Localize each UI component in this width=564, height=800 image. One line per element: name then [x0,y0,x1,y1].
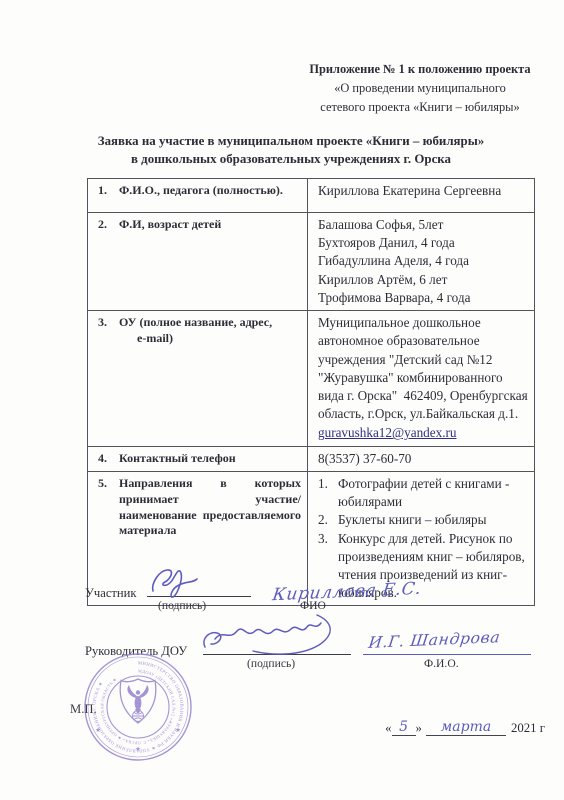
table-row-institution: 3. ОУ (полное название, адрес, e-mail) М… [88,310,534,446]
annex-header-line3: сетевого проекта «Книги – юбиляры» [294,98,546,117]
participant-signature-line [147,581,251,597]
head-signature-stroke [199,611,359,659]
row-value-cell: 8(3537) 37-60-70 [308,447,534,471]
row-value-cell: Муниципальное дошкольное автономное обра… [308,311,534,446]
list-item-text: Буклеты книги – юбиляры [338,511,487,529]
institution-text: Муниципальное дошкольное автономное обра… [318,315,528,421]
list-item: 2. Буклеты книги – юбиляры [318,511,528,529]
row-label-cell: 1. Ф.И.О., педагога (полностью). [88,179,308,212]
head-sign-caption: (подпись) [247,657,295,670]
list-item-number: 1. [318,475,331,511]
annex-header-line2: «О проведении муниципального [294,79,546,98]
row-label-cell: 4. Контактный телефон [88,447,308,471]
stamp-place-label: М.П. [70,702,97,717]
row-number: 4. [98,451,113,467]
participant-label: Участник [85,586,137,600]
stamp-emblem-bird [127,685,148,713]
svg-text:★: ★ [135,745,141,753]
list-item-text: Фотографии детей с книгами - юбилярами [338,475,528,511]
application-table: 1. Ф.И.О., педагога (полностью). Кирилло… [87,178,535,606]
row-label: Ф.И, возраст детей [119,217,221,306]
document-title-line2: в дошкольных образовательных учреждениях… [56,150,526,168]
head-name-handwritten: И.Г. Шандрова [368,628,502,652]
table-row-children: 2. Ф.И, возраст детей Балашова Софья, 5л… [88,212,534,310]
head-name-caption: Ф.И.О. [424,657,459,670]
email-link[interactable]: guravushka12@yandex.ru [318,424,457,442]
row-label-cell: 2. Ф.И, возраст детей [88,213,308,310]
document-title-line1: Заявка на участие в муниципальном проект… [56,132,526,150]
svg-text:★: ★ [95,726,101,734]
date-day-field: 5 [392,719,416,736]
document-title: Заявка на участие в муниципальном проект… [56,132,526,168]
row-label: ОУ (полное название, адрес, e-mail) [119,315,272,442]
row-label-cell: 3. ОУ (полное название, адрес, e-mail) [88,311,308,446]
list-item: 1. Фотографии детей с книгами - юбилярам… [318,475,528,511]
participant-name-handwritten: Кириллова Е.С. [271,579,423,605]
annex-header-line1: Приложение № 1 к положению проекта [294,60,546,79]
svg-text:★: ★ [175,726,181,734]
participant-signature-row: Участник Кириллова Е.С. [85,581,420,602]
row-number: 1. [98,183,113,208]
date-close-quote: » [416,721,422,736]
row-number: 3. [98,315,113,442]
stamp-emblem-shield [120,679,156,723]
row-value-cell: Кириллова Екатерина Сергеевна [308,179,534,212]
official-stamp: МИНИСТЕРСТВО ОБРАЗОВАНИЯ И НАУКИ РФ ★ УП… [81,650,195,764]
row-number: 2. [98,217,113,306]
date-month-field: марта [426,719,506,736]
date-month-handwritten: марта [441,719,492,735]
date-row: « 5 » марта 2021 г [385,719,545,736]
date-day-handwritten: 5 [399,719,408,735]
row-label: Ф.И.О., педагога (полностью). [119,183,283,208]
row-label: Контактный телефон [119,451,236,467]
list-item-number: 2. [318,511,331,529]
date-year: 2021 г [511,721,545,736]
participant-signature-stroke [149,565,219,599]
row-value-cell: Балашова Софья, 5лет Бухтояров Данил, 4 … [308,213,534,310]
head-signature-line [203,639,351,655]
table-row-fio: 1. Ф.И.О., педагога (полностью). Кирилло… [88,179,534,212]
annex-header: Приложение № 1 к положению проекта «О пр… [294,60,546,118]
table-row-phone: 4. Контактный телефон 8(3537) 37-60-70 [88,446,534,471]
head-name-line: И.Г. Шандрова [363,639,531,655]
